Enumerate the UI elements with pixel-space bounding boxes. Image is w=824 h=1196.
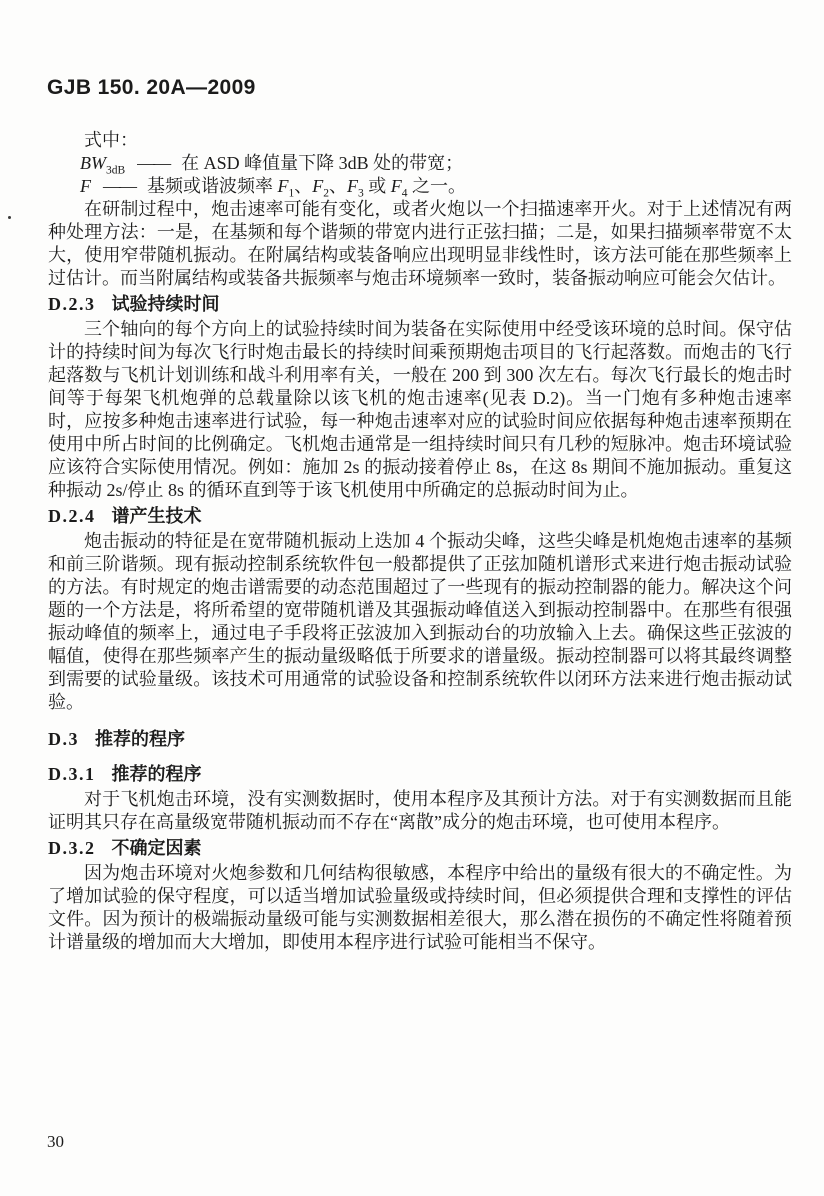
paragraph-test-duration: 三个轴向的每个方向上的试验持续时间为装备在实际使用中经受该环境的总时间。保守估计… [48, 318, 792, 502]
scan-speck [8, 216, 11, 219]
section-heading-d2-3: D.2.3试验持续时间 [48, 293, 792, 316]
section-number: D.2.3 [48, 294, 96, 314]
definition-text-bw: 在 ASD 峰值量下降 3dB 处的带宽； [181, 153, 463, 173]
document-page: GJB 150. 20A—2009 式中： BW3dB——在 ASD 峰值量下降… [0, 0, 824, 1196]
section-heading-d2-4: D.2.4谱产生技术 [48, 505, 792, 528]
paragraph-recommended-procedure: 对于飞机炮击环境，没有实测数据时，使用本程序及其预计方法。对于有实测数据而且能证… [48, 788, 792, 834]
paragraph-uncertainty-factors: 因为炮击环境对火炮参数和几何结构很敏感，本程序中给出的量级有很大的不确定性。为了… [48, 862, 792, 954]
section-title: 不确定因素 [112, 838, 202, 858]
section-heading-d3-2: D.3.2不确定因素 [48, 837, 792, 860]
standard-number: GJB 150. 20A—2009 [47, 76, 256, 100]
page-number: 30 [47, 1132, 64, 1152]
paragraph-gunfire-processing: 在研制过程中，炮击速率可能有变化，或者火炮以一个扫描速率开火。对于上述情况有两种… [48, 198, 792, 290]
section-title: 推荐的程序 [112, 764, 202, 784]
section-title: 推荐的程序 [95, 729, 185, 749]
section-title: 试验持续时间 [112, 294, 220, 314]
section-number: D.3 [48, 729, 79, 749]
formula-intro: 式中： [84, 129, 792, 152]
section-number: D.2.4 [48, 506, 96, 526]
definition-dash: —— [137, 153, 169, 173]
section-heading-d3-1: D.3.1推荐的程序 [48, 763, 792, 786]
variable-bw: BW [80, 153, 106, 173]
section-title: 谱产生技术 [112, 506, 202, 526]
definition-dash: —— [103, 176, 135, 196]
section-heading-d3: D.3推荐的程序 [48, 728, 792, 751]
variable-f: F [80, 176, 91, 196]
document-body: 式中： BW3dB——在 ASD 峰值量下降 3dB 处的带宽； F——基频或谐… [48, 129, 792, 954]
formula-definition-bw: BW3dB——在 ASD 峰值量下降 3dB 处的带宽； [80, 152, 792, 175]
definition-text-f: 基频或谐波频率 F1、F2、F3 或 F4 之一。 [147, 176, 466, 196]
section-number: D.3.2 [48, 838, 96, 858]
paragraph-spectrum-generation: 炮击振动的特征是在宽带随机振动上迭加 4 个振动尖峰，这些尖峰是机炮炮击速率的基… [48, 530, 792, 714]
formula-definition-f: F——基频或谐波频率 F1、F2、F3 或 F4 之一。 [80, 175, 792, 198]
section-number: D.3.1 [48, 764, 96, 784]
